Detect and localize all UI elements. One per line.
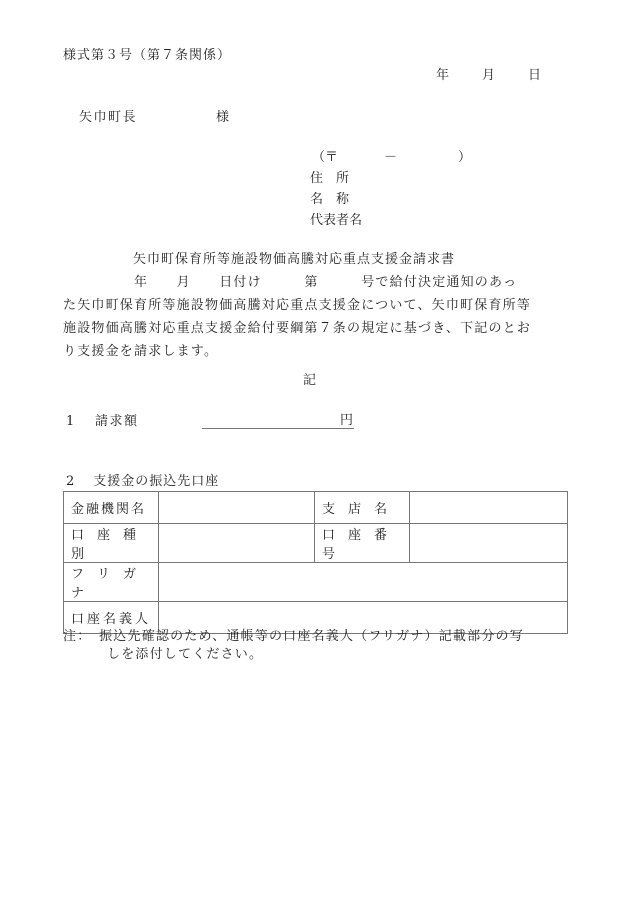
table-row: フ リ ガ ナ bbox=[64, 563, 568, 602]
section2-title: 支援金の振込先口座 bbox=[93, 474, 219, 489]
claim-amount-field[interactable] bbox=[202, 412, 354, 429]
representative-label: 代表者名 bbox=[310, 213, 362, 229]
account-type-field[interactable] bbox=[159, 524, 315, 563]
branch-name-label: 支 店 名 bbox=[315, 492, 410, 524]
furigana-label: フ リ ガ ナ bbox=[64, 563, 159, 602]
date-line: 年月日 bbox=[436, 68, 541, 84]
bank-account-table: 金融機関名 支 店 名 口 座 種 別 口 座 番 号 フ リ ガ ナ 口座名義… bbox=[63, 491, 568, 634]
addressee-name: 矢巾町長 bbox=[79, 110, 137, 126]
postal-open: （〒 bbox=[312, 150, 384, 166]
document-title: 矢巾町保育所等施設物価高騰対応重点支援金請求書 bbox=[133, 252, 455, 268]
body-line: 年 月 日付け 第 号で給付決定通知のあっ bbox=[63, 271, 558, 294]
yen-unit: 円 bbox=[340, 413, 353, 429]
postal-close: ） bbox=[458, 150, 471, 166]
note-line-1: 注： 振込先確認のため、通帳等の口座名義人（フリガナ）記載部分の写 bbox=[63, 626, 524, 647]
bank-name-label: 金融機関名 bbox=[64, 492, 159, 524]
body-line: た矢巾町保育所等施設物価高騰対応重点支援金について、矢巾町保育所等 bbox=[63, 294, 558, 317]
name-label: 名 称 bbox=[310, 192, 349, 208]
date-month: 月 bbox=[482, 68, 528, 84]
section2-number: 2 bbox=[66, 474, 75, 489]
bank-name-field[interactable] bbox=[159, 492, 315, 524]
address-label: 住 所 bbox=[310, 171, 349, 187]
branch-name-field[interactable] bbox=[410, 492, 568, 524]
postal-code-line: （〒－） bbox=[312, 150, 471, 166]
furigana-field[interactable] bbox=[159, 563, 568, 602]
claim-amount-label: 請求額 bbox=[95, 414, 139, 430]
section1-number: 1 bbox=[66, 414, 74, 430]
account-number-field[interactable] bbox=[410, 524, 568, 563]
form-number: 様式第３号（第７条関係） bbox=[63, 48, 231, 64]
date-year: 年 bbox=[436, 68, 482, 84]
postal-dash: － bbox=[384, 150, 458, 166]
section2-heading: 2支援金の振込先口座 bbox=[66, 474, 219, 490]
table-row: 金融機関名 支 店 名 bbox=[64, 492, 568, 524]
addressee-honorific: 様 bbox=[216, 110, 229, 126]
account-type-label: 口 座 種 別 bbox=[64, 524, 159, 563]
table-row: 口 座 種 別 口 座 番 号 bbox=[64, 524, 568, 563]
body-paragraph: 年 月 日付け 第 号で給付決定通知のあっ た矢巾町保育所等施設物価高騰対応重点… bbox=[63, 271, 558, 363]
date-day: 日 bbox=[528, 68, 541, 84]
body-line: 施設物価高騰対応重点支援金給付要綱第７条の規定に基づき、下記のとお bbox=[63, 317, 558, 340]
account-number-label: 口 座 番 号 bbox=[315, 524, 410, 563]
ki-heading: 記 bbox=[303, 373, 316, 389]
note-line-2: しを添付してください。 bbox=[107, 647, 263, 663]
body-line: り支援金を請求します。 bbox=[63, 340, 558, 363]
